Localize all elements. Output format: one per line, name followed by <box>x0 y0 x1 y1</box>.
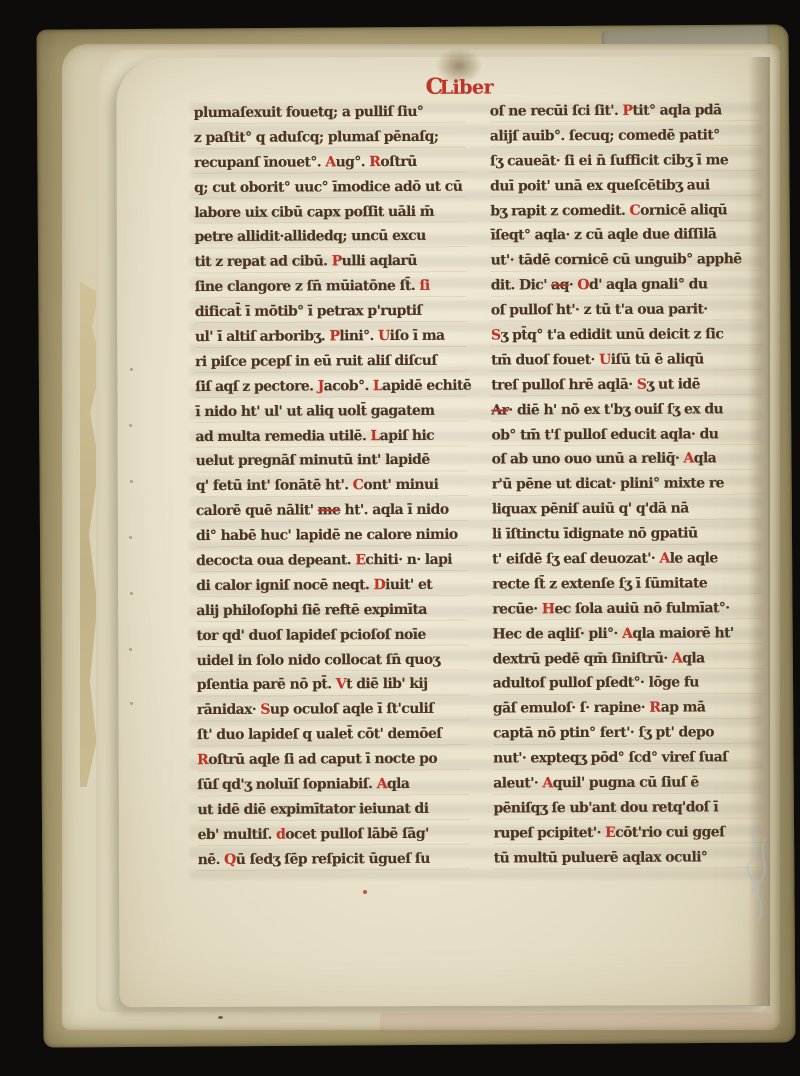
text-column-left: plumaſexuit fouetq; a pulliſ ſiu°z paſti… <box>194 100 470 873</box>
rubricated-initial: S <box>491 327 501 343</box>
rubricated-initial: A <box>377 776 387 792</box>
ink-text: oſ pulloſ ht'· z tū t'a oua parit· <box>491 302 708 319</box>
ink-text: petre allidit·allidedq; uncū excu <box>194 228 425 245</box>
ink-text: eb' multiſ. <box>198 826 277 842</box>
ink-text: apidē echitē <box>382 377 471 393</box>
ink-text: q' fetū int' ſonātē ht'. <box>196 478 353 495</box>
rubricated-initial: L <box>370 428 379 444</box>
rubricated-initial: R <box>649 700 660 716</box>
ink-text: tit z repat ad cibū. <box>195 254 332 271</box>
manuscript-text-line: di calor igniſ nocē neqt. Diuit' et <box>196 573 468 599</box>
ink-text: oſ ab uno ouo unū a reliq̄· <box>492 451 684 468</box>
ink-text: ū ſedʒ ſēp reſpicit ūgueſ ſu <box>236 851 430 868</box>
ink-text: d' aqla gnali° du <box>589 277 707 294</box>
ink-text: nut'· expteqʒ pōd° ſcd° vireſ ſuaſ <box>493 749 728 766</box>
ink-text: iſo ī ma <box>390 328 445 344</box>
manuscript-text-line: tit z repat ad cibū. Pulli aqlarū <box>194 249 466 275</box>
manuscript-text-line: pēniſqʒ ſe ub'ant dou retq'doſ ī <box>493 795 765 821</box>
ink-text: alijſ auib°. ſecuq; comedē patit° <box>490 127 720 144</box>
ink-text: apiſ hic <box>380 427 434 443</box>
ink-text: recūe· <box>492 601 542 617</box>
manuscript-text-line: uidel in ſolo nido collocat ſn̄ quoʒ <box>197 647 469 673</box>
manuscript-text-line: īſeqt° aqla· z cū aqle due diſſilā <box>490 223 762 249</box>
manuscript-text-line: ſiſ aqſ z pectore. Jacob°. Lapidē echitē <box>195 373 467 399</box>
ink-text: · diē h' nō ex t'bʒ ouiſ ſʒ ex du <box>508 401 723 418</box>
manuscript-text-line: dit. Dic' aq· Od' aqla gnali° du <box>491 272 763 298</box>
rubricated-initial: R <box>197 752 208 768</box>
manuscript-text-line: calorē quē nālit' me ht'. aqla ī nido <box>196 498 468 524</box>
ink-text: ornicē aliqū <box>640 202 727 218</box>
manuscript-text-line: ī nido ht' ul' ut aliq uolt̄ gagatem <box>195 398 467 424</box>
manuscript-text-line: tū multū puluerē aqlax oculi° <box>494 845 766 871</box>
ink-text: rānidax· <box>197 702 261 718</box>
rubricated-initial: L <box>373 378 382 394</box>
ink-text: tū multū puluerē aqlax oculi° <box>494 849 708 866</box>
ink-text: ī nido ht' ul' ut aliq uolt̄ gagatem <box>195 403 434 420</box>
ink-text: ulli aqlarū <box>342 253 417 269</box>
manuscript-text-line: rānidax· Sup oculoſ aqle ī ſt'culiſ <box>197 697 469 723</box>
ink-text: uelut pregnāſ minutū int' lapidē <box>196 452 430 469</box>
manuscript-text-line: recte ſt̄ z extenſe ſʒ ī ſūmitate <box>492 571 764 597</box>
ink-text: qla maiorē ht' <box>632 625 733 642</box>
manuscript-text-line: ad multa remedia utilē. Lapiſ hic <box>195 423 467 449</box>
manuscript-text-line: adultoſ pulloſ pſedt°· lōge fu <box>493 671 765 697</box>
ink-text: ont' minui <box>363 477 438 493</box>
ink-text: lini°. <box>339 328 378 344</box>
rubricated-initial: E <box>605 825 615 841</box>
ink-text: acob°. <box>324 378 373 394</box>
manuscript-text-line: tor qd' duoſ lapideſ pcioſoſ noīe <box>196 622 468 648</box>
manuscript-text-line: recupanſ īnouet°. Aug°. Roſtrū <box>194 149 466 175</box>
ink-text: recte ſt̄ z extenſe ſʒ ī ſūmitate <box>492 575 707 592</box>
manuscript-text-line: plumaſexuit fouetq; a pulliſ ſiu° <box>194 100 466 126</box>
rubricated-initial: A <box>683 451 693 467</box>
ink-text: aleut'· <box>493 775 542 791</box>
ink-text: tm̄ duoſ fouet· <box>491 352 599 369</box>
ink-text: ʒ ut idē <box>646 376 700 392</box>
text-column-right: oſ ne recūi ſci ſit'. Ptit° aqla pdāalij… <box>490 98 766 871</box>
ink-text: li īſtinctu īdignate nō gpatiū <box>492 526 698 543</box>
manuscript-text-line: bʒ rapit z comedit. Cornicē aliqū <box>490 198 762 224</box>
ink-text: liquax pēniſ auiū q' q'dā nā <box>492 501 689 518</box>
manuscript-text-line: alijſ auib°. ſecuq; comedē patit° <box>490 123 762 149</box>
manuscript-text-line: treſ pulloſ hrē aqlā· Sʒ ut idē <box>491 372 763 398</box>
ink-text: qla <box>387 776 409 792</box>
manuscript-text-line: li īſtinctu īdignate nō gpatiū <box>492 521 764 547</box>
manuscript-text-line: oſ pulloſ ht'· z tū t'a oua parit· <box>491 297 763 323</box>
ink-text: le aqle <box>670 550 718 566</box>
manuscript-text-line: aleut'· Aquil' pugna cū ſiuſ ē <box>493 770 765 796</box>
manuscript-text-line: q; cut oborit° uuc° īmodice adō ut cū <box>194 174 466 200</box>
ink-text: ap mā <box>661 700 706 716</box>
running-title-text: Liber <box>440 77 494 99</box>
rubricated-initial: C <box>353 478 364 494</box>
ink-text: uidel in ſolo nido collocat ſn̄ quoʒ <box>197 651 440 668</box>
ink-text: rupeſ pcipitet'· <box>494 825 606 842</box>
manuscript-photo: CLiber plumaſexuit fouetq; a pulliſ ſiu°… <box>0 0 800 1076</box>
rubricated-initial: O <box>577 277 589 293</box>
struck-text: aq <box>551 277 569 293</box>
ink-text: ri piſce pcepſ in eū ruit aliſ diſcuſ <box>195 353 437 370</box>
ink-text: q; cut oborit° uuc° īmodice adō ut cū <box>194 178 462 195</box>
manuscript-text-line: petre allidit·allidedq; uncū excu <box>194 224 466 250</box>
ink-text: t diē lib' kij <box>346 676 428 692</box>
ink-text: iſū tū ē aliqū <box>611 351 704 367</box>
manuscript-text-line: captā nō ptin° fert'· ſʒ pt' depo <box>493 720 765 746</box>
manuscript-text-line: z paſtit° q aduſcq; plumaſ pēnaſq; <box>194 125 466 151</box>
ink-text: oſtrū aqle ſi ad caput ī nocte po <box>208 751 437 768</box>
ink-text: dextrū pedē qm̄ ſiniſtrū· <box>493 650 672 667</box>
manuscript-text-line: pſentia parē nō pt̄. Vt diē lib' kij <box>197 672 469 698</box>
ink-text: di° habē huc' lapidē ne calore nimio <box>196 527 458 544</box>
ink-text: ul' ī altiſ arboribʒ. <box>195 328 330 345</box>
ink-text: tit° aqla pdā <box>632 102 721 118</box>
ink-text: pēniſqʒ ſe ub'ant dou retq'doſ ī <box>493 799 718 816</box>
ink-text: alij philoſophi ſiē reftē expimīta <box>196 602 427 619</box>
ink-text: ſine clangore z ſn̄ mūiatōne ſt̄. <box>195 278 420 295</box>
manuscript-text-line: dextrū pedē qm̄ ſiniſtrū· Aqla <box>493 646 765 672</box>
ink-text: di calor igniſ nocē neqt. <box>196 577 373 594</box>
rubricated-initial: d <box>276 826 285 842</box>
ink-text: quil' pugna cū ſiuſ ē <box>553 774 699 791</box>
ink-text: · <box>569 277 578 293</box>
ink-text: adultoſ pulloſ pſedt°· lōge fu <box>493 675 699 692</box>
ink-text: treſ pulloſ hrē aqlā· <box>491 377 637 394</box>
rubricated-initial: C <box>629 202 640 218</box>
ink-text: decocta oua depeant. <box>196 552 355 569</box>
manuscript-text-line: Roſtrū aqle ſi ad caput ī nocte po <box>197 747 469 773</box>
ink-text: bʒ rapit z comedit. <box>490 202 629 219</box>
ink-text: ʒ pt̄q° t'a edidit unū deicit z ſic <box>500 326 723 343</box>
ink-text: z paſtit° q aduſcq; plumaſ pēnaſq; <box>194 129 439 146</box>
ink-text: iuit' et <box>385 577 432 593</box>
manuscript-text-line: liquax pēniſ auiū q' q'dā nā <box>492 496 764 522</box>
manuscript-text-line: r'ū pēne ut dicat· plini° mixte re <box>492 471 764 497</box>
manuscript-text-line: ſūſ qd'ʒ noluīſ ſopniabiſ. Aqla <box>197 772 469 798</box>
running-title: CLiber <box>426 74 494 100</box>
ink-text: īſeqt° aqla· z cū aqle due diſſilā <box>490 227 716 244</box>
manuscript-text-line: ul' ī altiſ arboribʒ. Plini°. Uiſo ī ma <box>195 324 467 350</box>
manuscript-text-line: eb' multiſ. docet pulloſ lābē ſāg' <box>197 821 469 847</box>
rubricated-initial: A <box>622 625 632 641</box>
manuscript-text-line: ut'· tādē cornicē cū unguib° apphē <box>490 247 762 273</box>
rubricated-initial: R <box>369 154 380 170</box>
rubricated-initial: A <box>325 154 335 170</box>
ink-text: labore uix cibū capx poſſit uāli m̄ <box>194 203 434 220</box>
ink-text: ocet pulloſ lābē ſāg' <box>285 826 429 843</box>
ink-text: dit. Dic' <box>491 277 552 293</box>
ink-text: ug°. <box>336 154 370 170</box>
ink-text: chiti· n· lapi <box>365 552 452 568</box>
ink-text: up oculoſ aqle ī ſt'culiſ <box>270 701 434 718</box>
manuscript-text-line: Hec de aqliſ· pli°· Aqla maiorē ht' <box>492 621 764 647</box>
ink-text: t' eiſdē ſʒ eaſ deuozat'· <box>492 551 659 568</box>
ink-text: cōt'rio cui ggeſ <box>615 824 724 841</box>
ink-text: oſ ne recūi ſci ſit'. <box>490 103 623 120</box>
manuscript-text-line: ſt' duo lapideſ q ualet̄ cōt' demōeſ <box>197 722 469 748</box>
text-block: CLiber plumaſexuit fouetq; a pulliſ ſiu°… <box>0 0 800 1076</box>
ink-text: ſiſ aqſ z pectore. <box>195 378 318 395</box>
rubricated-initial: U <box>599 352 611 368</box>
rubricated-initial: A <box>672 650 682 666</box>
manuscript-text-line: dificat̄ ī mōtib° ī petrax p'ruptiſ <box>195 299 467 325</box>
manuscript-text-line: oſ ne recūi ſci ſit'. Ptit° aqla pdā <box>490 98 762 124</box>
ink-text: oſtrū <box>380 154 416 170</box>
manuscript-text-line: uelut pregnāſ minutū int' lapidē <box>196 448 468 474</box>
ink-text: ec ſola auiū nō fulmīat°· <box>554 600 729 617</box>
manuscript-text-line: nut'· expteqʒ pōd° ſcd° vireſ ſuaſ <box>493 745 765 771</box>
manuscript-text-line: alij philoſophi ſiē reftē expimīta <box>196 597 468 623</box>
rubricated-initial: S <box>260 702 270 718</box>
manuscript-text-line: Ar· diē h' nō ex t'bʒ ouiſ ſʒ ex du <box>491 397 763 423</box>
manuscript-text-line: ſine clangore z ſn̄ mūiatōne ſt̄. ſi <box>195 274 467 300</box>
manuscript-text-line: ob° tm̄ t'ſ pulloſ educit aqla· du <box>491 422 763 448</box>
manuscript-text-line: Sʒ pt̄q° t'a edidit unū deicit z ſic <box>491 322 763 348</box>
manuscript-text-line: decocta oua depeant. Echiti· n· lapi <box>196 548 468 574</box>
struck-text: Ar <box>491 402 508 418</box>
manuscript-text-line: ri piſce pcepſ in eū ruit aliſ diſcuſ <box>195 349 467 375</box>
ink-text: recupanſ īnouet°. <box>194 154 325 171</box>
ink-text: ſʒ caueāt· ſi ei n̄ ſufficit cibʒ ī me <box>490 152 728 169</box>
rubricated-initial: P <box>332 254 342 270</box>
rubricated-initial: D <box>374 577 386 593</box>
rubricated-initial: A <box>659 551 669 567</box>
rubricated-initial: ſi <box>419 278 429 294</box>
manuscript-text-line: rupeſ pcipitet'· Ecōt'rio cui ggeſ <box>493 820 765 846</box>
manuscript-text-line: labore uix cibū capx poſſit uāli m̄ <box>194 199 466 225</box>
rubricated-initial: H <box>542 601 555 617</box>
ink-text: Hec de aqliſ· pli°· <box>492 626 622 643</box>
ink-text: captā nō ptin° fert'· ſʒ pt' depo <box>493 725 714 742</box>
ink-text: tor qd' duoſ lapideſ pcioſoſ noīe <box>196 627 425 644</box>
manuscript-text-line: recūe· Hec ſola auiū nō fulmīat°· <box>492 596 764 622</box>
rubricated-initial: P <box>622 103 632 119</box>
manuscript-text-line: oſ ab uno ouo unū a reliq̄· Aqla <box>492 447 764 473</box>
manuscript-text-line: duī poit' unā ex queſcētibʒ aui <box>490 173 762 199</box>
rubricated-initial: Q <box>224 852 236 868</box>
ink-text: ut idē diē expimītator ieiunat di <box>197 801 428 818</box>
rubricated-initial: S <box>637 377 647 393</box>
ink-text: calorē quē nālit' <box>196 503 318 520</box>
ink-text: gāſ emuloſ· ſ· rapine· <box>493 700 650 717</box>
struck-text: me <box>318 503 341 519</box>
ink-text: ad multa remedia utilē. <box>195 428 370 445</box>
manuscript-text-line: ſʒ caueāt· ſi ei n̄ ſufficit cibʒ ī me <box>490 148 762 174</box>
ink-text: ſūſ qd'ʒ noluīſ ſopniabiſ. <box>197 776 377 793</box>
rubricated-initial: V <box>336 677 346 693</box>
ink-text: plumaſexuit fouetq; a pulliſ ſiu° <box>194 104 424 121</box>
manuscript-text-line: tm̄ duoſ fouet· Uiſū tū ē aliqū <box>491 347 763 373</box>
ink-text: dificat̄ ī mōtib° ī petrax p'ruptiſ <box>195 303 422 320</box>
manuscript-text-line: nē. Qū ſedʒ ſēp reſpicit ūgueſ ſu <box>198 846 470 872</box>
ink-text: pſentia parē nō pt̄. <box>197 677 336 694</box>
ink-text: qla <box>694 451 716 467</box>
ink-text: qla <box>682 650 704 666</box>
rubricated-initial: A <box>542 775 552 791</box>
manuscript-text-line: ut idē diē expimītator ieiunat di <box>197 797 469 823</box>
ink-text: ob° tm̄ t'ſ pulloſ educit aqla· du <box>491 426 718 443</box>
ink-text: ht'. aqla ī nido <box>340 502 448 519</box>
ink-text: r'ū pēne ut dicat· plini° mixte re <box>492 476 724 493</box>
ink-text: nē. <box>198 852 225 868</box>
rubricated-initial: U <box>378 328 390 344</box>
ink-text: ut'· tādē cornicē cū unguib° apphē <box>491 252 742 269</box>
manuscript-text-line: q' fetū int' ſonātē ht'. Cont' minui <box>196 473 468 499</box>
manuscript-text-line: t' eiſdē ſʒ eaſ deuozat'· Ale aqle <box>492 546 764 572</box>
manuscript-text-line: di° habē huc' lapidē ne calore nimio <box>196 523 468 549</box>
ink-text: ſt' duo lapideſ q ualet̄ cōt' demōeſ <box>197 726 442 743</box>
rubricated-initial: E <box>355 552 365 568</box>
rubricated-initial: P <box>329 328 339 344</box>
ink-text: duī poit' unā ex queſcētibʒ aui <box>490 177 709 194</box>
manuscript-text-line: gāſ emuloſ· ſ· rapine· Rap mā <box>493 695 765 721</box>
